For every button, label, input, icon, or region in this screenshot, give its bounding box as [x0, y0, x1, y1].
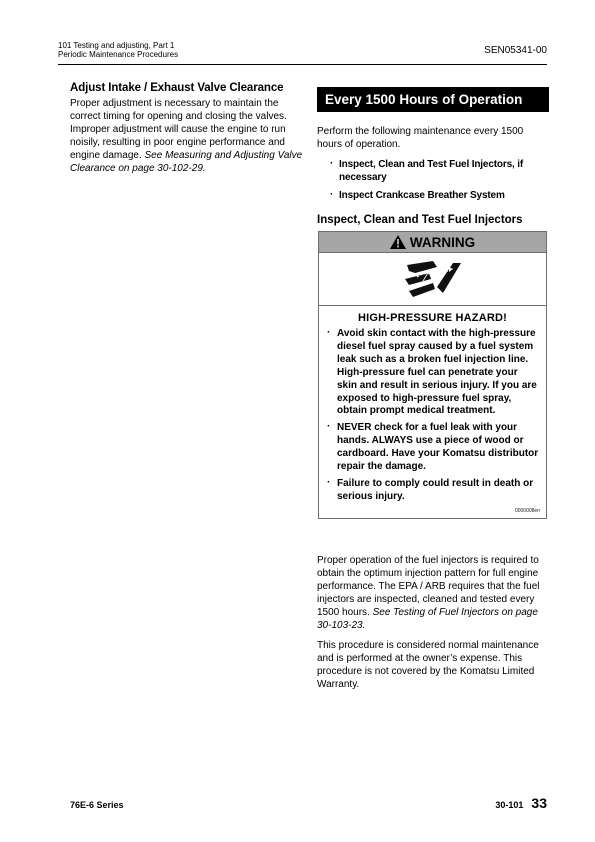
- after-warning-text: Proper operation of the fuel injectors i…: [317, 555, 549, 700]
- left-column: Adjust Intake / Exhaust Valve Clearance …: [70, 82, 308, 175]
- warning-code: 0000008en: [319, 508, 546, 518]
- warning-item: Failure to comply could result in death …: [327, 478, 540, 504]
- fuel-injectors-heading: Inspect, Clean and Test Fuel Injectors: [317, 214, 549, 226]
- warranty-paragraph: This procedure is considered normal main…: [317, 640, 549, 692]
- document-number: SEN05341-00: [484, 45, 547, 56]
- valve-clearance-body: Proper adjustment is necessary to mainta…: [70, 98, 308, 175]
- task-item: Inspect Crankcase Breather System: [330, 190, 549, 203]
- valve-clearance-heading: Adjust Intake / Exhaust Valve Clearance: [70, 82, 308, 94]
- warning-title: WARNING: [410, 235, 475, 250]
- warning-triangle-icon: [390, 235, 406, 249]
- intro-text: Perform the following maintenance every …: [317, 126, 549, 152]
- footer-page-number: 33: [531, 795, 547, 811]
- footer-section-number: 30-101: [495, 800, 523, 810]
- warning-item: NEVER check for a fuel leak with your ha…: [327, 422, 540, 474]
- warning-box: WARNING HIGH-PRESSURE HAZARD! Avoid skin…: [318, 231, 547, 519]
- high-pressure-spray-hand-icon: [403, 259, 463, 299]
- injector-operation-paragraph: Proper operation of the fuel injectors i…: [317, 555, 549, 632]
- footer-series: 76E-6 Series: [70, 800, 124, 810]
- pictogram-area: [319, 253, 546, 306]
- running-header: 101 Testing and adjusting, Part 1 Period…: [58, 41, 178, 59]
- footer-page-info: 30-101 33: [495, 795, 547, 811]
- hazard-title: HIGH-PRESSURE HAZARD!: [319, 312, 546, 324]
- right-column: Every 1500 Hours of Operation Perform th…: [317, 87, 549, 226]
- warning-header: WARNING: [319, 232, 546, 253]
- task-item: Inspect, Clean and Test Fuel Injectors, …: [330, 159, 549, 185]
- header-rule: [58, 64, 547, 65]
- warning-list: Avoid skin contact with the high-pressur…: [319, 328, 546, 504]
- section-banner: Every 1500 Hours of Operation: [317, 87, 549, 112]
- task-list: Inspect, Clean and Test Fuel Injectors, …: [317, 159, 549, 203]
- header-chapter: 101 Testing and adjusting, Part 1: [58, 41, 178, 50]
- header-section: Periodic Maintenance Procedures: [58, 50, 178, 59]
- warning-item: Avoid skin contact with the high-pressur…: [327, 328, 540, 418]
